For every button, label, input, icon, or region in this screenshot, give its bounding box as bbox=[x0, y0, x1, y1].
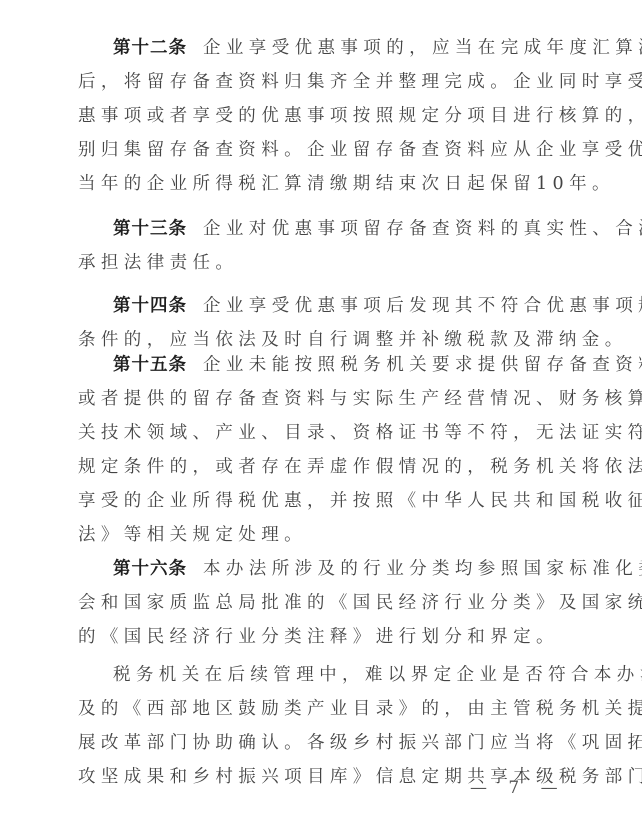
article-label: 第十二条 bbox=[113, 38, 187, 58]
article-label: 第十五条 bbox=[113, 355, 187, 375]
article-15-line-4: 规定条件的，或者存在弄虚作假情况的，税务机关将依法追缴其已 bbox=[78, 450, 558, 484]
article-label: 第十四条 bbox=[113, 296, 187, 316]
article-12-line-5: 当年的企业所得税汇算清缴期结束次日起保留10年。 bbox=[78, 167, 558, 201]
article-15-line-1: 第十五条企业未能按照税务机关要求提供留存备查资料， bbox=[113, 348, 558, 382]
article-16-line-3: 的《国民经济行业分类注释》进行划分和界定。 bbox=[78, 620, 558, 654]
article-12-line-2: 后，将留存备查资料归集齐全并整理完成。企业同时享受多项优 bbox=[78, 65, 558, 99]
page-number: — 7 — bbox=[470, 778, 566, 798]
article-16-line-1: 第十六条本办法所涉及的行业分类均参照国家标准化委员 bbox=[113, 552, 558, 586]
article-15-line-2: 或者提供的留存备查资料与实际生产经营情况、财务核算情况、相 bbox=[78, 382, 558, 416]
article-13-line-1: 第十三条企业对优惠事项留存备查资料的真实性、合法性 bbox=[113, 212, 558, 246]
article-15-line-3: 关技术领域、产业、目录、资格证书等不符，无法证实符合优惠事项 bbox=[78, 416, 558, 450]
article-12-line-4: 别归集留存备查资料。企业留存备查资料应从企业享受优惠事项 bbox=[78, 133, 558, 167]
article-16-line-2: 会和国家质监总局批准的《国民经济行业分类》及国家统计局编著 bbox=[78, 586, 558, 620]
article-label: 第十六条 bbox=[113, 559, 187, 579]
article-15-line-6: 法》等相关规定处理。 bbox=[78, 518, 558, 552]
paragraph-line-3: 展改革部门协助确认。各级乡村振兴部门应当将《巩固拓展脱贫 bbox=[78, 726, 558, 760]
article-14-line-1: 第十四条企业享受优惠事项后发现其不符合优惠事项规定 bbox=[113, 289, 558, 323]
article-12-line-1: 第十二条企业享受优惠事项的，应当在完成年度汇算清缴 bbox=[113, 31, 558, 65]
article-label: 第十三条 bbox=[113, 219, 187, 239]
document-page: 第十二条企业享受优惠事项的，应当在完成年度汇算清缴 后，将留存备查资料归集齐全并… bbox=[0, 0, 642, 830]
paragraph-line-2: 及的《西部地区鼓励类产业目录》的，由主管税务机关提请同级发 bbox=[78, 692, 558, 726]
article-15-line-5: 享受的企业所得税优惠，并按照《中华人民共和国税收征收管理办 bbox=[78, 484, 558, 518]
article-13-line-2: 承担法律责任。 bbox=[78, 246, 558, 280]
article-12-line-3: 惠事项或者享受的优惠事项按照规定分项目进行核算的，应当分 bbox=[78, 99, 558, 133]
paragraph-line-1: 税务机关在后续管理中，难以界定企业是否符合本办法所涉 bbox=[113, 658, 558, 692]
